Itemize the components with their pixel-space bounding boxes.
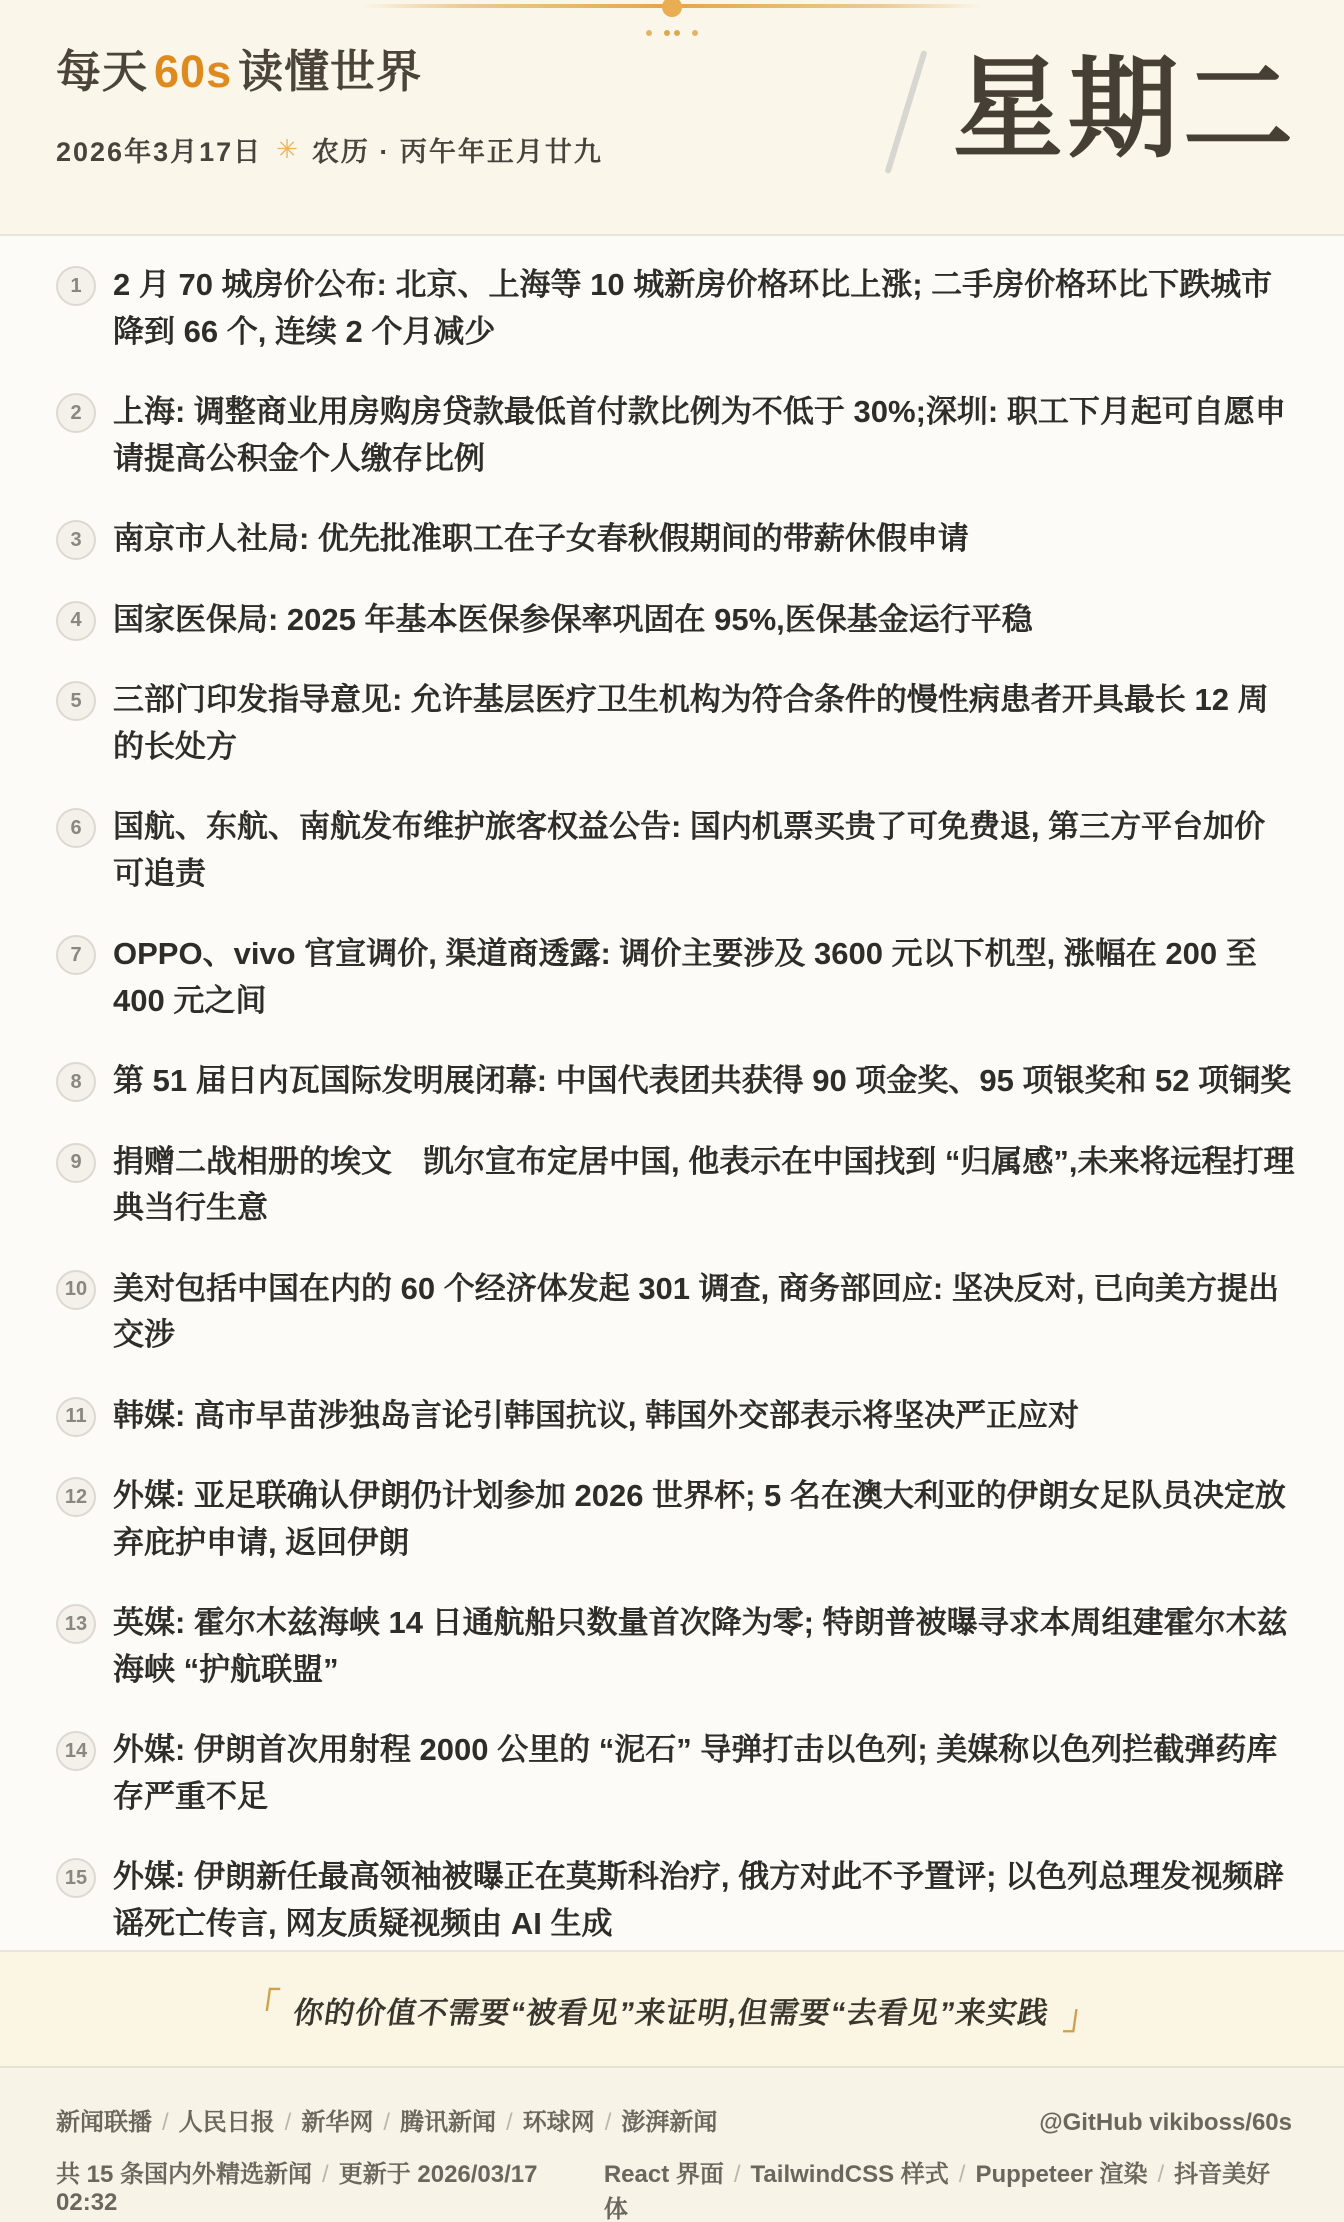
source-item: 人民日报 [179, 2109, 275, 2136]
item-number-badge: 15 [56, 1858, 96, 1898]
news-item: 2 上海: 调整商业用房购房贷款最低首付款比例为不低于 30%;深圳: 职工下月… [56, 389, 1296, 482]
github-credit: @GitHub vikiboss/60s [1039, 2109, 1292, 2137]
item-number-badge: 13 [56, 1604, 96, 1644]
source-list: 新闻联播/人民日报/新华网/腾讯新闻/环球网/澎湃新闻 [56, 2102, 717, 2137]
title-accent: 60s [148, 46, 238, 97]
date-row: 2026年3月17日 ✳ 农历 · 丙午年正月廿九 [56, 130, 603, 169]
news-item: 14 外媒: 伊朗首次用射程 2000 公里的 “泥石” 导弹打击以色列; 美媒… [56, 1727, 1296, 1820]
news-item: 11 韩媒: 高市早苗涉独岛言论引韩国抗议, 韩国外交部表示将坚决严正应对 [56, 1393, 1296, 1440]
title-prefix: 每天 [56, 46, 148, 97]
quote-close-bracket: 」 [1062, 1990, 1103, 2039]
tech-item: React 界面 [604, 2161, 724, 2188]
quote-section: 「 你的价值不需要“被看见”来证明,但需要“去看见”来实践 」 [0, 1950, 1344, 2068]
item-number-badge: 10 [56, 1270, 96, 1310]
news-item: 1 2 月 70 城房价公布: 北京、上海等 10 城新房价格环比上涨; 二手房… [56, 262, 1296, 355]
item-number-badge: 4 [56, 601, 96, 641]
item-number-badge: 14 [56, 1731, 96, 1771]
source-item: 环球网 [523, 2109, 595, 2136]
slash-separator: / [1157, 2161, 1164, 2188]
slash-separator: / [162, 2109, 169, 2136]
slash-separator: / [506, 2109, 513, 2136]
date-text: 2026年3月17日 [56, 130, 262, 169]
news-item: 15 外媒: 伊朗新任最高领袖被曝正在莫斯科治疗, 俄方对此不予置评; 以色列总… [56, 1854, 1296, 1947]
asterisk-icon: ✳ [276, 134, 298, 165]
source-item: 澎湃新闻 [621, 2109, 717, 2136]
slash-divider [884, 50, 927, 174]
meta-item: 共 15 条国内外精选新闻 [56, 2161, 312, 2188]
news-item: 8 第 51 届日内瓦国际发明展闭幕: 中国代表团共获得 90 项金奖、95 项… [56, 1058, 1296, 1105]
item-number-badge: 12 [56, 1477, 96, 1517]
news-item-text: 捐赠二战相册的埃文 凯尔宣布定居中国, 他表示在中国找到 “归属感”,未来将远程… [113, 1139, 1296, 1232]
decoration-dot-icon [664, 30, 670, 36]
news-item: 7 OPPO、vivo 官宣调价, 渠道商透露: 调价主要涉及 3600 元以下… [56, 931, 1296, 1024]
item-number-badge: 8 [56, 1062, 96, 1102]
footer-sources-row: 新闻联播/人民日报/新华网/腾讯新闻/环球网/澎湃新闻 @GitHub viki… [56, 2102, 1292, 2137]
news-item: 3 南京市人社局: 优先批准职工在子女春秋假期间的带薪休假申请 [56, 516, 1296, 563]
news-item-text: 南京市人社局: 优先批准职工在子女春秋假期间的带薪休假申请 [113, 516, 1296, 563]
lunar-date-text: 农历 · 丙午年正月廿九 [312, 130, 603, 169]
news-item-text: 外媒: 伊朗首次用射程 2000 公里的 “泥石” 导弹打击以色列; 美媒称以色… [113, 1727, 1296, 1820]
news-item: 4 国家医保局: 2025 年基本医保参保率巩固在 95%,医保基金运行平稳 [56, 597, 1296, 644]
source-item: 新闻联播 [56, 2109, 152, 2136]
news-item: 13 英媒: 霍尔木兹海峡 14 日通航船只数量首次降为零; 特朗普被曝寻求本周… [56, 1600, 1296, 1693]
source-item: 腾讯新闻 [400, 2109, 496, 2136]
news-item-text: 外媒: 伊朗新任最高领袖被曝正在莫斯科治疗, 俄方对此不予置评; 以色列总理发视… [113, 1854, 1296, 1947]
slash-separator: / [734, 2161, 741, 2188]
news-item: 5 三部门印发指导意见: 允许基层医疗卫生机构为符合条件的慢性病患者开具最长 1… [56, 677, 1296, 770]
decoration-dot-icon [674, 30, 680, 36]
news-item-text: 第 51 届日内瓦国际发明展闭幕: 中国代表团共获得 90 项金奖、95 项银奖… [113, 1058, 1296, 1105]
item-number-badge: 2 [56, 393, 96, 433]
news-item-text: 上海: 调整商业用房购房贷款最低首付款比例为不低于 30%;深圳: 职工下月起可… [113, 389, 1296, 482]
weekday-label: 星期二 [953, 45, 1298, 175]
news-item: 6 国航、东航、南航发布维护旅客权益公告: 国内机票买贵了可免费退, 第三方平台… [56, 804, 1296, 897]
news-item-text: 外媒: 亚足联确认伊朗仍计划参加 2026 世界杯; 5 名在澳大利亚的伊朗女足… [113, 1473, 1296, 1566]
slash-separator: / [383, 2109, 390, 2136]
news-item: 10 美对包括中国在内的 60 个经济体发起 301 调查, 商务部回应: 坚决… [56, 1266, 1296, 1359]
decoration-circle-icon [662, 0, 682, 17]
item-number-badge: 1 [56, 266, 96, 306]
quote-text: 你的价值不需要“被看见”来证明,但需要“去看见”来实践 [291, 1987, 1053, 2031]
slash-separator: / [322, 2161, 329, 2188]
decoration-dot-icon [646, 30, 652, 36]
news-item: 9 捐赠二战相册的埃文 凯尔宣布定居中国, 他表示在中国找到 “归属感”,未来将… [56, 1139, 1296, 1232]
news-item-text: 三部门印发指导意见: 允许基层医疗卫生机构为符合条件的慢性病患者开具最长 12 … [113, 677, 1296, 770]
news-item-text: 国航、东航、南航发布维护旅客权益公告: 国内机票买贵了可免费退, 第三方平台加价… [113, 804, 1296, 897]
page-root: 每天60s读懂世界 2026年3月17日 ✳ 农历 · 丙午年正月廿九 星期二 … [0, 0, 1344, 2222]
item-number-badge: 11 [56, 1397, 96, 1437]
item-number-badge: 5 [56, 681, 96, 721]
quote-open-bracket: 「 [242, 1978, 283, 2027]
news-item-text: 韩媒: 高市早苗涉独岛言论引韩国抗议, 韩国外交部表示将坚决严正应对 [113, 1393, 1296, 1440]
slash-separator: / [605, 2109, 612, 2136]
title-suffix: 读懂世界 [238, 46, 422, 97]
item-number-badge: 7 [56, 935, 96, 975]
news-item-text: 国家医保局: 2025 年基本医保参保率巩固在 95%,医保基金运行平稳 [113, 597, 1296, 644]
news-item-text: 英媒: 霍尔木兹海峡 14 日通航船只数量首次降为零; 特朗普被曝寻求本周组建霍… [113, 1600, 1296, 1693]
item-number-badge: 9 [56, 1143, 96, 1183]
item-number-badge: 6 [56, 808, 96, 848]
slash-separator: / [285, 2109, 292, 2136]
header: 每天60s读懂世界 2026年3月17日 ✳ 农历 · 丙午年正月廿九 星期二 [0, 0, 1344, 236]
news-item-text: 美对包括中国在内的 60 个经济体发起 301 调查, 商务部回应: 坚决反对,… [113, 1266, 1296, 1359]
news-meta: 共 15 条国内外精选新闻/更新于 2026/03/17 02:32 [56, 2154, 604, 2217]
header-decoration [352, 0, 992, 44]
source-item: 新华网 [301, 2109, 373, 2136]
tech-item: TailwindCSS 样式 [751, 2161, 949, 2188]
slash-separator: / [959, 2161, 966, 2188]
page-title: 每天60s读懂世界 [56, 46, 603, 98]
footer-meta-row: 共 15 条国内外精选新闻/更新于 2026/03/17 02:32 React… [56, 2154, 1292, 2222]
tech-list: React 界面/TailwindCSS 样式/Puppeteer 渲染/抖音美… [604, 2154, 1292, 2222]
decoration-dots [646, 30, 698, 36]
footer: 新闻联播/人民日报/新华网/腾讯新闻/环球网/澎湃新闻 @GitHub viki… [0, 2068, 1344, 2222]
news-item-text: 2 月 70 城房价公布: 北京、上海等 10 城新房价格环比上涨; 二手房价格… [113, 262, 1296, 355]
decoration-dot-icon [692, 30, 698, 36]
quote-inner: 「 你的价值不需要“被看见”来证明,但需要“去看见”来实践 」 [241, 1985, 1103, 2034]
item-number-badge: 3 [56, 520, 96, 560]
news-item: 12 外媒: 亚足联确认伊朗仍计划参加 2026 世界杯; 5 名在澳大利亚的伊… [56, 1473, 1296, 1566]
news-item-text: OPPO、vivo 官宣调价, 渠道商透露: 调价主要涉及 3600 元以下机型… [113, 931, 1296, 1024]
news-list: 1 2 月 70 城房价公布: 北京、上海等 10 城新房价格环比上涨; 二手房… [0, 236, 1344, 1950]
tech-item: Puppeteer 渲染 [975, 2161, 1147, 2188]
